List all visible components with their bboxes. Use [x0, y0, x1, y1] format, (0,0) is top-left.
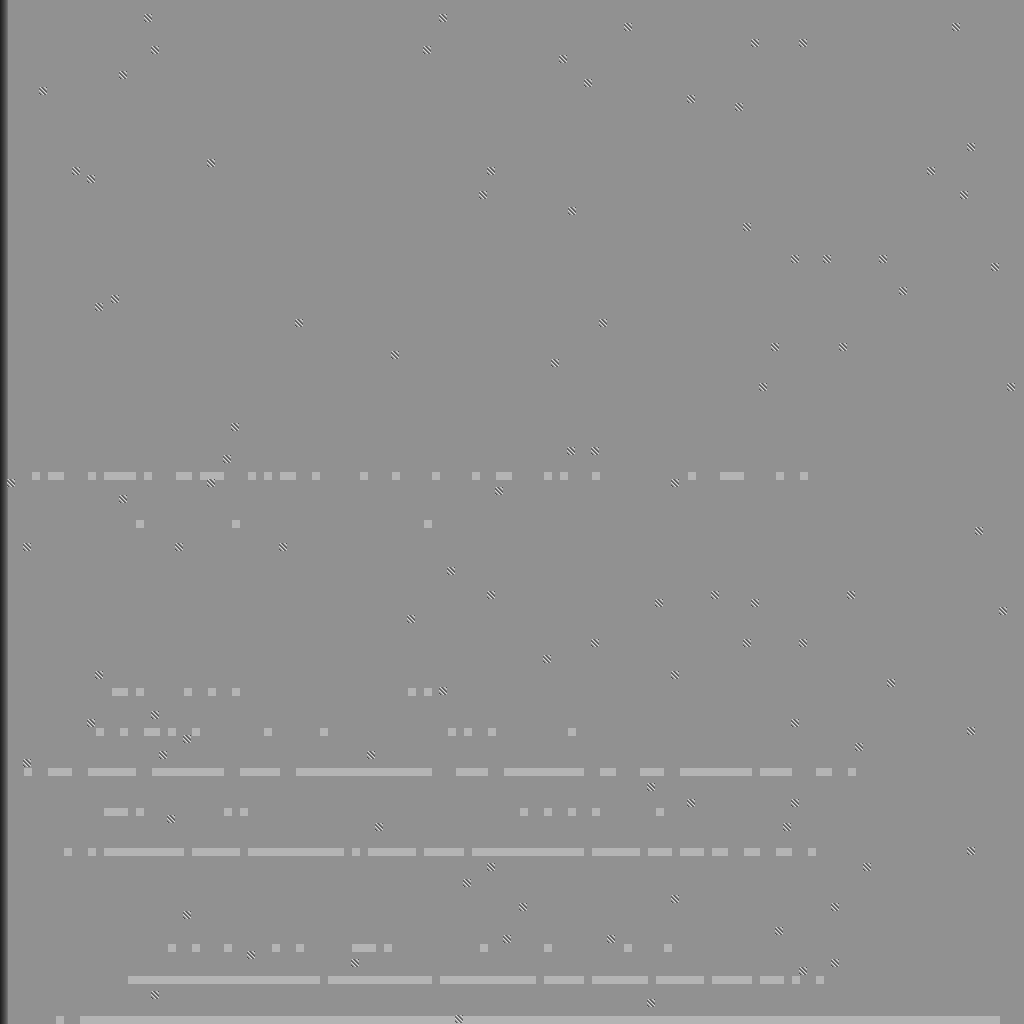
redacted-text-block — [640, 768, 664, 776]
noise-speck — [119, 71, 127, 79]
redacted-text-block — [568, 728, 576, 736]
redacted-text-block — [656, 808, 664, 816]
noise-speck — [111, 295, 119, 303]
noise-speck — [119, 495, 127, 503]
redacted-text-block — [264, 728, 272, 736]
noise-speck — [783, 823, 791, 831]
redacted-text-block — [296, 944, 304, 952]
noise-speck — [279, 543, 287, 551]
noise-speck — [1007, 383, 1015, 391]
redacted-text-block — [208, 688, 216, 696]
redacted-text-block — [592, 848, 640, 856]
noise-speck — [647, 999, 655, 1007]
redacted-text-block — [760, 976, 784, 984]
noise-speck — [447, 567, 455, 575]
redacted-text-block — [464, 976, 536, 984]
noise-speck — [367, 751, 375, 759]
noise-speck — [791, 719, 799, 727]
noise-speck — [151, 991, 159, 999]
noise-speck — [144, 14, 152, 22]
noise-speck — [967, 847, 975, 855]
redacted-text-block — [88, 472, 96, 480]
noise-speck — [751, 599, 759, 607]
noise-speck — [743, 639, 751, 647]
noise-speck — [775, 927, 783, 935]
noise-speck — [952, 23, 960, 31]
redacted-text-block — [464, 728, 472, 736]
noise-speck — [567, 447, 575, 455]
redacted-text-block — [384, 944, 392, 952]
noise-speck — [551, 359, 559, 367]
redacted-text-block — [192, 944, 200, 952]
redacted-text-block — [712, 976, 752, 984]
noise-speck — [624, 23, 632, 31]
noise-speck — [503, 935, 511, 943]
redacted-text-block — [544, 472, 552, 480]
redacted-text-block — [744, 848, 760, 856]
noise-speck — [207, 159, 215, 167]
redacted-text-block — [504, 768, 584, 776]
redacted-text-block — [248, 976, 320, 984]
redacted-text-block — [192, 728, 200, 736]
redacted-text-block — [112, 688, 128, 696]
noise-speck — [991, 263, 999, 271]
redacted-text-block — [848, 768, 856, 776]
redacted-text-block — [224, 944, 232, 952]
redacted-text-block — [232, 688, 240, 696]
redacted-text-block — [104, 472, 136, 480]
noise-speck — [960, 191, 968, 199]
redacted-text-block — [560, 472, 568, 480]
noise-speck — [175, 543, 183, 551]
noise-speck — [72, 167, 80, 175]
noise-speck — [831, 959, 839, 967]
redacted-text-block — [136, 520, 144, 528]
redacted-text-block — [568, 808, 576, 816]
noise-speck — [647, 783, 655, 791]
noise-speck — [607, 935, 615, 943]
noise-speck — [735, 103, 743, 111]
noise-speck — [591, 639, 599, 647]
redacted-text-block — [680, 848, 704, 856]
noise-speck — [495, 487, 503, 495]
redacted-text-block — [592, 808, 600, 816]
noise-speck — [487, 167, 495, 175]
redacted-text-block — [240, 768, 280, 776]
redacted-text-block — [808, 848, 816, 856]
redacted-text-block — [544, 976, 584, 984]
noise-speck — [375, 823, 383, 831]
noise-speck — [223, 455, 231, 463]
redacted-text-block — [656, 976, 704, 984]
redacted-text-block — [280, 472, 296, 480]
redacted-text-block — [272, 944, 280, 952]
noise-speck — [584, 79, 592, 87]
redacted-text-block — [296, 768, 432, 776]
redacted-text-block — [144, 728, 160, 736]
noise-speck — [823, 255, 831, 263]
redacted-text-block — [600, 768, 616, 776]
redacted-text-block — [144, 472, 152, 480]
redacted-text-block — [264, 472, 272, 480]
noise-speck — [927, 167, 935, 175]
noise-speck — [655, 599, 663, 607]
redacted-text-block — [688, 472, 696, 480]
noise-speck — [23, 759, 31, 767]
redacted-text-block — [592, 976, 648, 984]
redacted-text-block — [424, 688, 432, 696]
redacted-text-block — [48, 472, 64, 480]
redacted-text-block — [424, 848, 464, 856]
noise-speck — [151, 711, 159, 719]
redacted-text-block — [712, 848, 728, 856]
noise-speck — [799, 639, 807, 647]
redacted-text-block — [432, 472, 440, 480]
redacted-text-block — [136, 688, 144, 696]
noise-speck — [247, 951, 255, 959]
redacted-text-block — [648, 848, 672, 856]
redacted-text-block — [368, 848, 416, 856]
noise-speck — [455, 1015, 463, 1023]
redacted-text-block — [792, 976, 800, 984]
noise-speck — [591, 447, 599, 455]
redacted-text-block — [392, 472, 400, 480]
redacted-text-block — [592, 472, 600, 480]
redacted-text-block — [480, 768, 488, 776]
noise-speck — [183, 735, 191, 743]
redacted-text-block — [472, 472, 480, 480]
redacted-text-block — [64, 848, 72, 856]
redacted-text-block — [168, 728, 176, 736]
noise-speck — [899, 287, 907, 295]
redacted-text-block — [248, 848, 344, 856]
noise-speck — [39, 87, 47, 95]
redacted-text-block — [352, 848, 360, 856]
noise-speck — [568, 207, 576, 215]
noise-speck — [751, 39, 759, 47]
redacted-text-block — [776, 848, 792, 856]
noise-speck — [799, 39, 807, 47]
noise-speck — [799, 967, 807, 975]
noise-speck — [791, 799, 799, 807]
noise-speck — [967, 727, 975, 735]
noise-speck — [863, 863, 871, 871]
redacted-text-block — [352, 944, 376, 952]
noise-speck — [687, 95, 695, 103]
redacted-text-block — [232, 520, 240, 528]
noise-speck — [771, 343, 779, 351]
redacted-text-block — [248, 472, 256, 480]
redacted-text-block — [88, 848, 96, 856]
redacted-text-block — [104, 848, 184, 856]
noise-speck — [671, 671, 679, 679]
redacted-text-block — [488, 728, 496, 736]
redacted-text-block — [24, 768, 32, 776]
redacted-text-block — [720, 472, 744, 480]
redacted-text-block — [368, 976, 432, 984]
noise-speck — [391, 351, 399, 359]
noise-speck — [887, 679, 895, 687]
noise-speck — [831, 903, 839, 911]
redacted-text-block — [456, 768, 480, 776]
noise-speck — [231, 423, 239, 431]
redacted-text-block — [760, 768, 792, 776]
noise-speck — [159, 751, 167, 759]
redacted-text-block — [80, 1016, 1000, 1024]
redacted-text-block — [48, 768, 72, 776]
redacted-text-block — [816, 976, 824, 984]
noise-speck — [487, 591, 495, 599]
redacted-text-block — [56, 1016, 64, 1024]
redacted-text-block — [544, 944, 552, 952]
noise-speck — [87, 175, 95, 183]
redacted-text-block — [512, 848, 560, 856]
redacted-text-block — [152, 768, 224, 776]
noise-speck — [167, 815, 175, 823]
noise-speck — [711, 591, 719, 599]
redacted-text-block — [128, 976, 248, 984]
redacted-text-block — [32, 472, 40, 480]
noise-speck — [847, 591, 855, 599]
noise-speck — [671, 895, 679, 903]
redacted-text-block — [168, 944, 176, 952]
redacted-text-block — [440, 976, 464, 984]
noise-speck — [87, 719, 95, 727]
noise-speck — [407, 615, 415, 623]
noise-speck — [7, 479, 15, 487]
redacted-text-block — [328, 976, 368, 984]
noise-speck — [183, 911, 191, 919]
noise-speck — [519, 903, 527, 911]
redacted-text-block — [816, 768, 832, 776]
redacted-text-block — [448, 728, 456, 736]
noise-speck — [743, 223, 751, 231]
noise-speck — [559, 55, 567, 63]
redacted-text-block — [176, 472, 192, 480]
redacted-text-block — [520, 808, 528, 816]
corrupted-screen-area: Screenshot is degraded; only blocky plac… — [8, 0, 1024, 1024]
redacted-text-block — [224, 808, 232, 816]
redacted-text-block — [312, 472, 320, 480]
noise-speck — [671, 479, 679, 487]
redacted-text-block — [776, 472, 784, 480]
redacted-text-block — [88, 768, 136, 776]
noise-speck — [967, 143, 975, 151]
noise-speck — [439, 687, 447, 695]
redacted-text-block — [120, 728, 128, 736]
redacted-text-block — [192, 848, 240, 856]
redacted-text-block — [624, 944, 632, 952]
noise-speck — [759, 383, 767, 391]
redacted-text-block — [136, 808, 144, 816]
redacted-text-block — [480, 944, 488, 952]
noise-speck — [975, 527, 983, 535]
redacted-text-block — [800, 472, 808, 480]
window-left-border — [0, 0, 8, 1024]
noise-speck — [687, 799, 695, 807]
redacted-text-block — [360, 472, 368, 480]
noise-speck — [791, 255, 799, 263]
noise-speck — [463, 879, 471, 887]
noise-speck — [23, 543, 31, 551]
noise-speck — [999, 607, 1007, 615]
noise-speck — [295, 319, 303, 327]
noise-speck — [839, 343, 847, 351]
redacted-text-block — [408, 688, 416, 696]
noise-speck — [95, 671, 103, 679]
noise-speck — [879, 255, 887, 263]
redacted-text-block — [560, 848, 584, 856]
redacted-text-block — [240, 808, 248, 816]
redacted-text-block — [320, 728, 328, 736]
noise-speck — [207, 479, 215, 487]
redacted-text-block — [120, 808, 128, 816]
noise-speck — [599, 319, 607, 327]
noise-speck — [439, 14, 447, 22]
redacted-text-block — [184, 688, 192, 696]
redacted-text-block — [96, 728, 104, 736]
redacted-text-block — [680, 768, 752, 776]
noise-speck — [479, 191, 487, 199]
redacted-text-block — [664, 944, 672, 952]
redacted-text-block — [544, 808, 552, 816]
redacted-text-block — [424, 520, 432, 528]
noise-speck — [543, 655, 551, 663]
noise-speck — [487, 863, 495, 871]
redacted-text-block — [496, 472, 512, 480]
noise-speck — [423, 46, 431, 54]
noise-speck — [351, 959, 359, 967]
noise-speck — [95, 303, 103, 311]
noise-speck — [855, 743, 863, 751]
noise-speck — [151, 46, 159, 54]
